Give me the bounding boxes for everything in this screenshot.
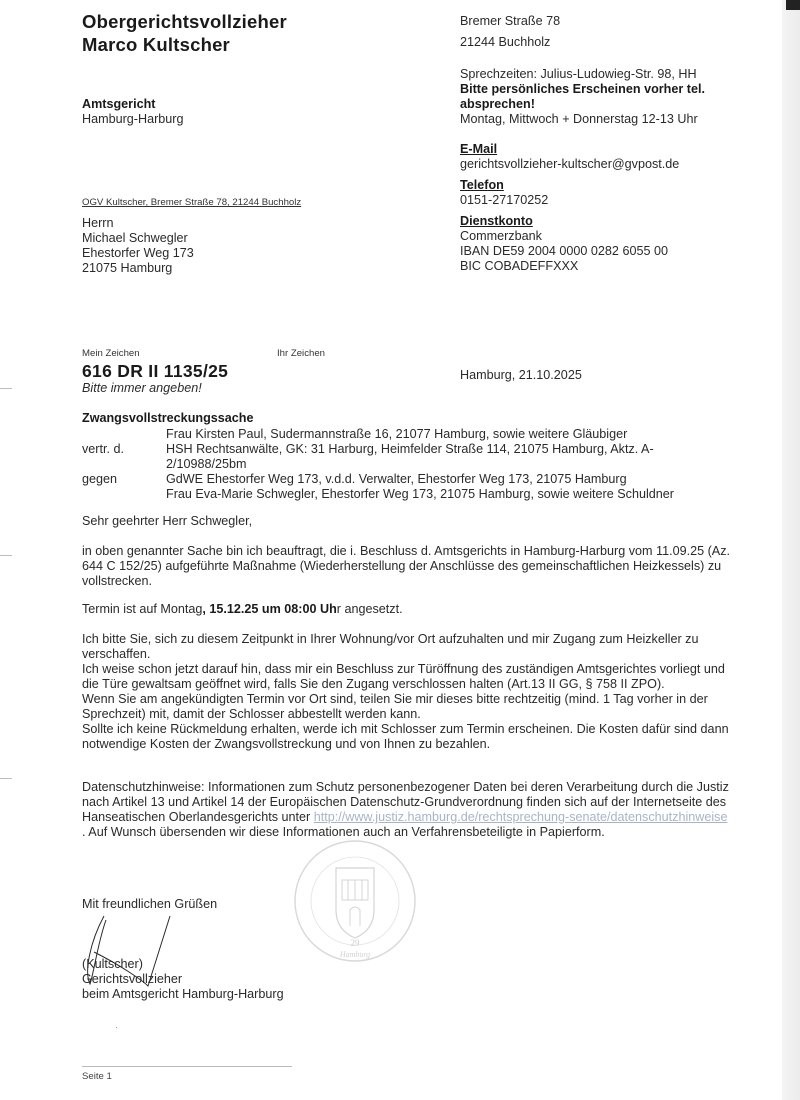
- case-representative: HSH Rechtsanwälte, GK: 31 Harburg, Heimf…: [166, 442, 711, 472]
- svg-text:29: 29: [351, 938, 361, 948]
- sender-street: Bremer Straße 78: [460, 14, 560, 29]
- letterhead-title: Obergerichtsvollzieher Marco Kultscher: [82, 10, 287, 56]
- seal-icon: 29 Hamburg: [292, 838, 418, 964]
- reference-number: 616 DR II 1135/25: [82, 361, 228, 382]
- privacy-text-end: . Auf Wunsch übersenden wir diese Inform…: [82, 825, 605, 839]
- reference-hint: Bitte immer angeben!: [82, 381, 202, 396]
- official-seal: 29 Hamburg: [292, 838, 418, 964]
- privacy-notice: Datenschutzhinweise: Informationen zum S…: [82, 780, 732, 840]
- court-name: Hamburg-Harburg: [82, 112, 184, 127]
- email-label: E-Mail: [460, 142, 679, 157]
- fold-mark: [0, 388, 12, 389]
- email-value[interactable]: gerichtsvollzieher-kultscher@gvpost.de: [460, 157, 679, 172]
- case-title: Zwangsvollstreckungssache: [82, 411, 722, 426]
- paragraph-access: Ich bitte Sie, sich zu diesem Zeitpunkt …: [82, 632, 732, 662]
- account-label: Dienstkonto: [460, 214, 679, 229]
- recipient-city: 21075 Hamburg: [82, 261, 194, 276]
- appointment-datetime: , 15.12.25 um 08:00 Uh: [202, 602, 336, 616]
- title-line-1: Obergerichtsvollzieher: [82, 10, 287, 33]
- paragraph-block: Ich bitte Sie, sich zu diesem Zeitpunkt …: [82, 632, 732, 752]
- scan-corner: [786, 0, 800, 10]
- court-block: Amtsgericht Hamburg-Harburg: [82, 97, 184, 127]
- footer-divider: [82, 1066, 292, 1067]
- signer-court: beim Amtsgericht Hamburg-Harburg: [82, 987, 284, 1002]
- case-row-key: gegen: [82, 472, 166, 487]
- return-address: OGV Kultscher, Bremer Straße 78, 21244 B…: [82, 197, 301, 208]
- recipient-name: Michael Schwegler: [82, 231, 194, 246]
- paragraph-costs: Sollte ich keine Rückmeldung erhalten, w…: [82, 722, 732, 752]
- case-block: Zwangsvollstreckungssache Frau Kirsten P…: [82, 411, 722, 502]
- office-times: Montag, Mittwoch + Donnerstag 12-13 Uhr: [460, 112, 760, 127]
- case-row: vertr. d. HSH Rechtsanwälte, GK: 31 Harb…: [82, 442, 722, 472]
- privacy-link[interactable]: http://www.justiz.hamburg.de/rechtsprech…: [314, 810, 728, 824]
- greeting: Sehr geehrter Herr Schwegler,: [82, 514, 732, 529]
- letter-date: Hamburg, 21.10.2025: [460, 368, 582, 383]
- title-line-2: Marco Kultscher: [82, 33, 287, 56]
- bic: BIC COBADEFFXXX: [460, 259, 679, 274]
- iban: IBAN DE59 2004 0000 0282 6055 00: [460, 244, 679, 259]
- scan-speck: ·: [115, 1022, 118, 1032]
- case-debtor-1: GdWE Ehestorfer Weg 173, v.d.d. Verwalte…: [166, 472, 711, 487]
- case-row-key: [82, 427, 166, 442]
- page-number: Seite 1: [82, 1071, 112, 1082]
- paragraph-door-opening: Ich weise schon jetzt darauf hin, dass m…: [82, 662, 732, 692]
- bank-name: Commerzbank: [460, 229, 679, 244]
- appointment-prefix: Termin ist auf Montag: [82, 602, 202, 616]
- recipient-street: Ehestorfer Weg 173: [82, 246, 194, 261]
- case-debtor-2: Frau Eva-Marie Schwegler, Ehestorfer Weg…: [166, 487, 711, 502]
- svg-text:Hamburg: Hamburg: [339, 950, 370, 959]
- your-ref-label: Ihr Zeichen: [277, 348, 325, 359]
- sender-city: 21244 Buchholz: [460, 35, 560, 50]
- case-creditor: Frau Kirsten Paul, Sudermannstraße 16, 2…: [166, 427, 711, 442]
- signer-name: (Kultscher): [82, 957, 284, 972]
- appointment-suffix: r angesetzt.: [337, 602, 403, 616]
- signer-role: Gerichtsvollzieher: [82, 972, 284, 987]
- case-row: Frau Eva-Marie Schwegler, Ehestorfer Weg…: [82, 487, 722, 502]
- appointment-line: Termin ist auf Montag, 15.12.25 um 08:00…: [82, 602, 732, 617]
- signature-block: (Kultscher) Gerichtsvollzieher beim Amts…: [82, 957, 284, 1002]
- sender-address: Bremer Straße 78 21244 Buchholz: [460, 14, 560, 56]
- contact-block: E-Mail gerichtsvollzieher-kultscher@gvpo…: [460, 142, 679, 274]
- court-label: Amtsgericht: [82, 97, 184, 112]
- case-row-key: vertr. d.: [82, 442, 166, 472]
- my-ref-label: Mein Zeichen: [82, 348, 140, 359]
- case-row: gegen GdWE Ehestorfer Weg 173, v.d.d. Ve…: [82, 472, 722, 487]
- office-hours: Sprechzeiten: Julius-Ludowieg-Str. 98, H…: [460, 67, 760, 127]
- fold-mark: [0, 778, 12, 779]
- paragraph-cancellation: Wenn Sie am angekündigten Termin vor Ort…: [82, 692, 732, 722]
- case-row: Frau Kirsten Paul, Sudermannstraße 16, 2…: [82, 427, 722, 442]
- office-location: Sprechzeiten: Julius-Ludowieg-Str. 98, H…: [460, 67, 760, 82]
- office-notice: Bitte persönliches Erscheinen vorher tel…: [460, 82, 760, 112]
- fold-mark: [0, 555, 12, 556]
- case-row-key: [82, 487, 166, 502]
- phone-label: Telefon: [460, 178, 679, 193]
- phone-value: 0151-27170252: [460, 193, 679, 208]
- recipient-address: Herrn Michael Schwegler Ehestorfer Weg 1…: [82, 216, 194, 276]
- paragraph-mandate: in oben genannter Sache bin ich beauftra…: [82, 544, 732, 589]
- scan-edge: [782, 0, 800, 1100]
- recipient-salutation: Herrn: [82, 216, 194, 231]
